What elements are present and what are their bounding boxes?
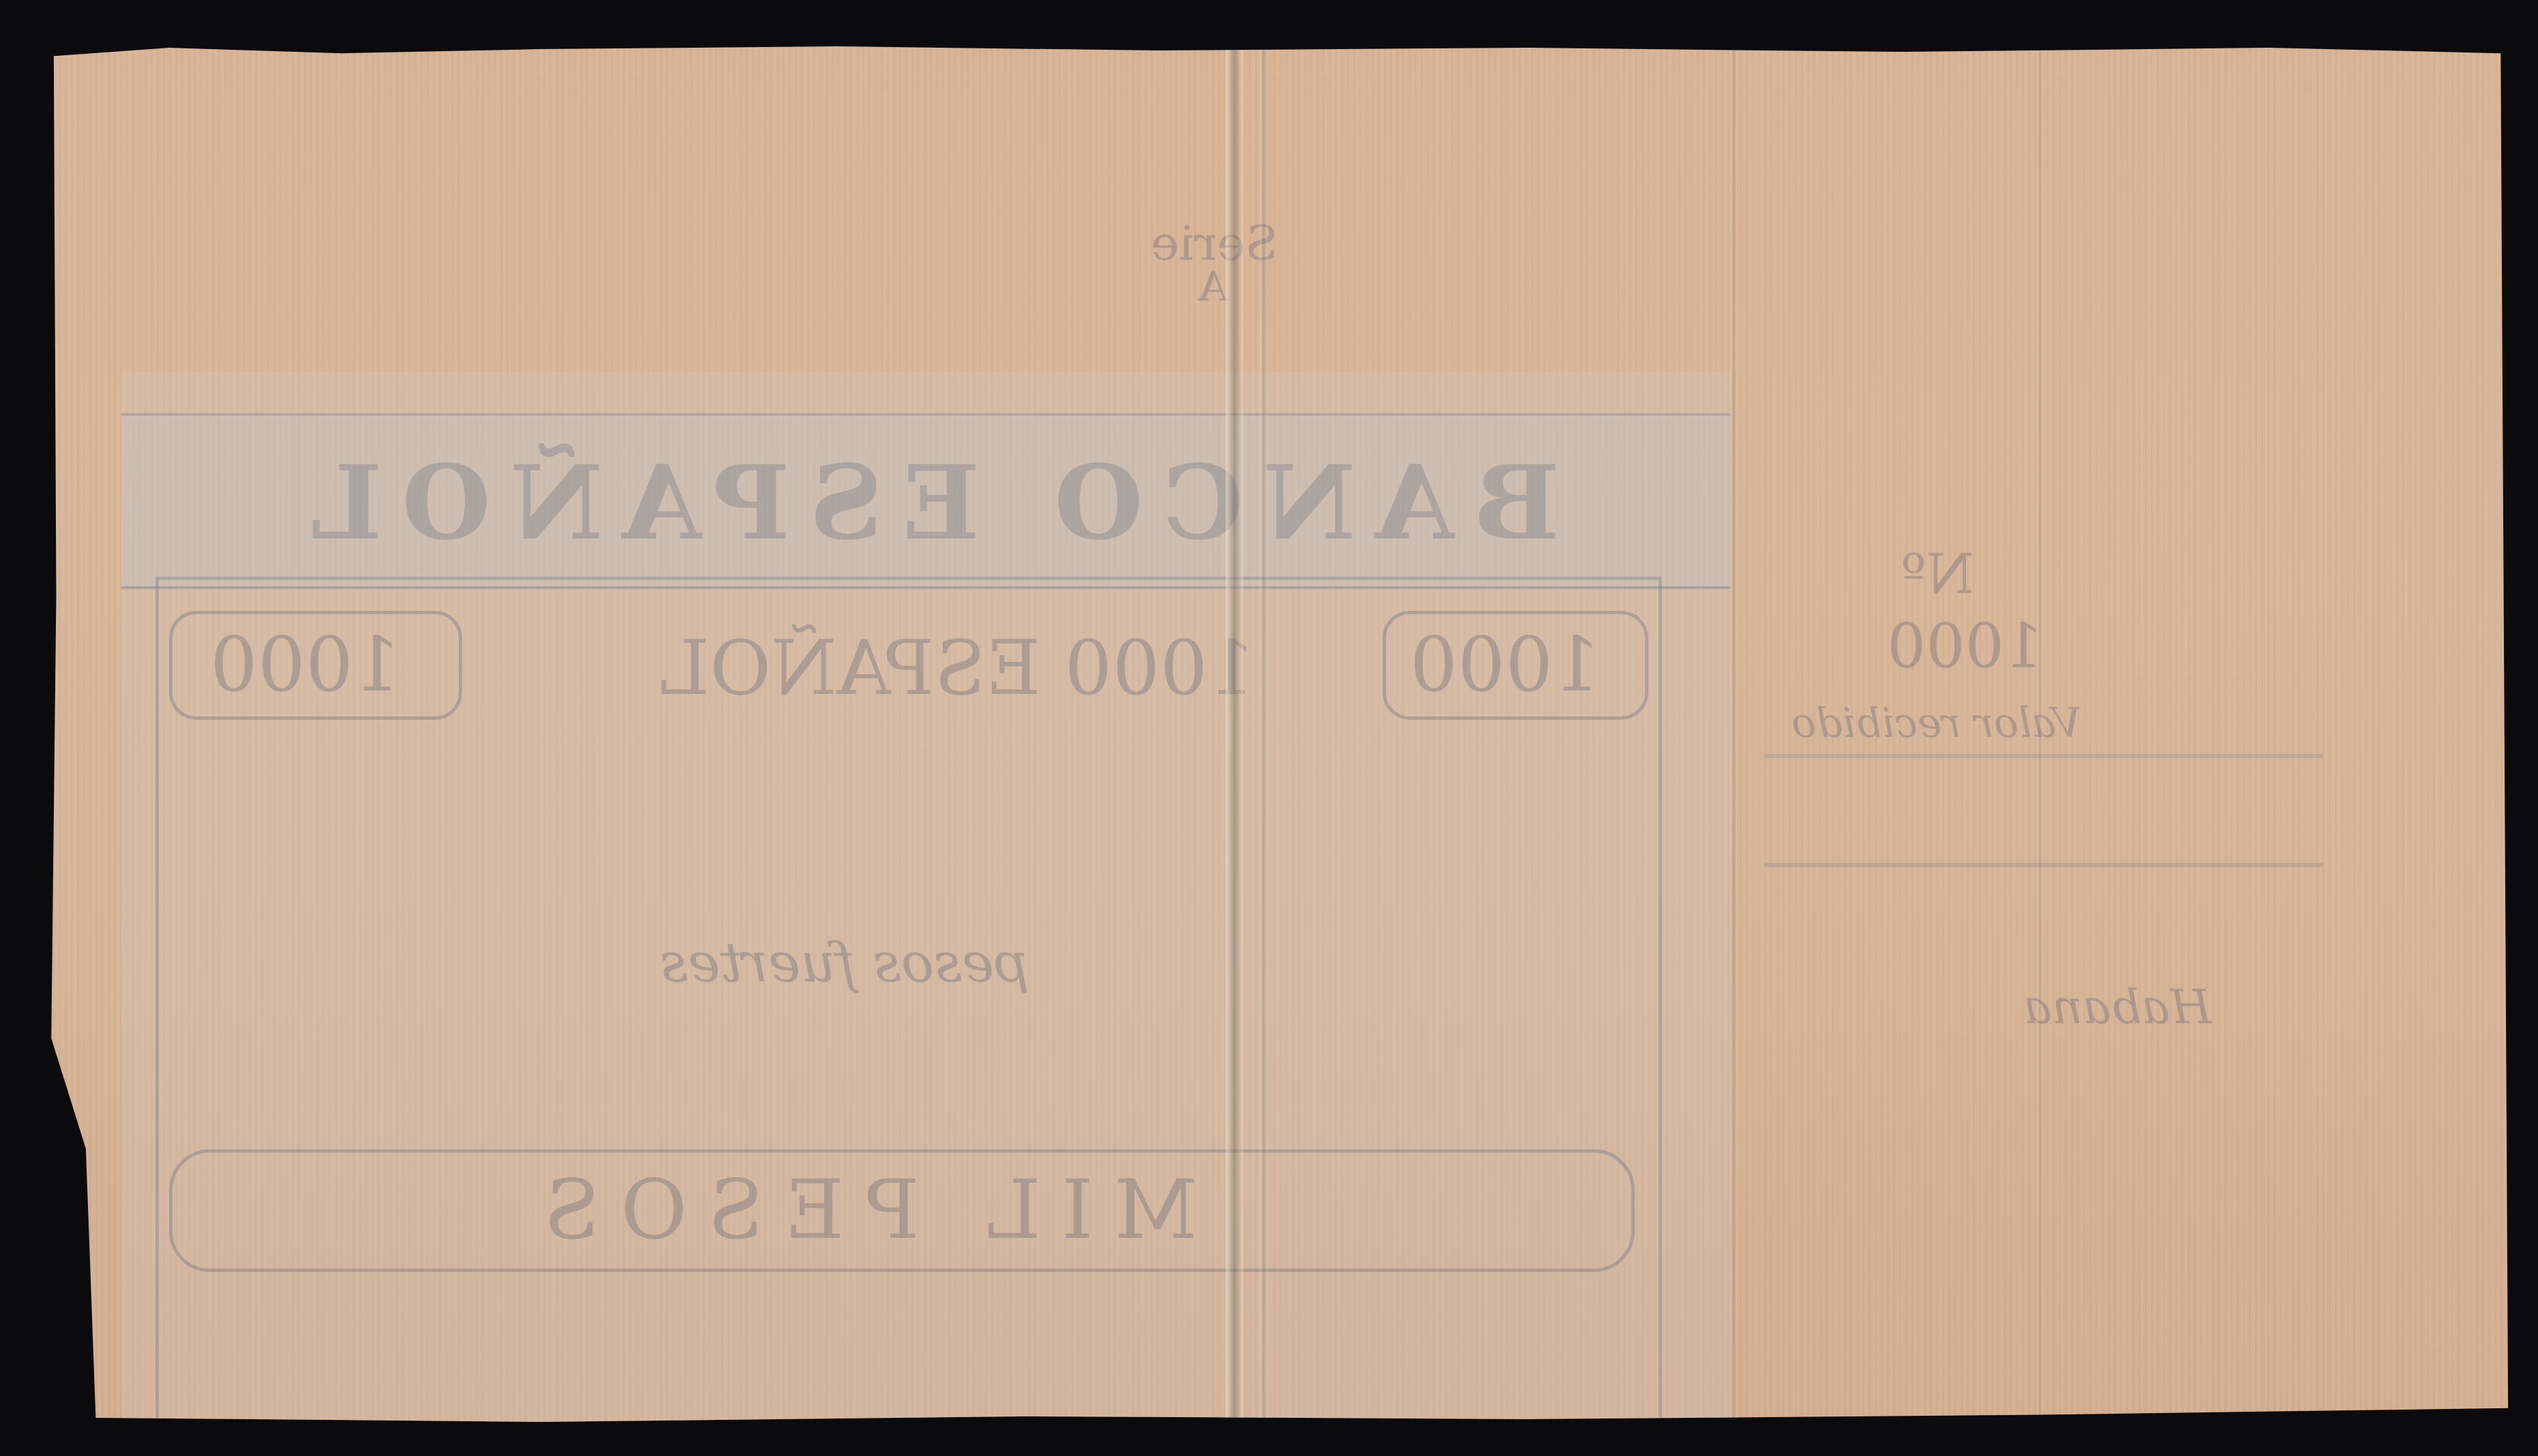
center-fold-2 bbox=[1260, 45, 1268, 1425]
stub-line1: Valor recibido bbox=[1792, 699, 2082, 747]
stub-fold bbox=[1730, 45, 1737, 1425]
stub-value: 1000 bbox=[1887, 611, 2043, 682]
stub-rule-1 bbox=[1764, 754, 2323, 758]
series-letter: A bbox=[1198, 263, 1228, 311]
value-right: 1000 bbox=[1410, 621, 1601, 708]
banknote-paper: Serie A BANCO ESPAÑOL 1000 1000 ESPAÑOL … bbox=[46, 45, 2516, 1425]
value-left: 1000 bbox=[210, 621, 401, 708]
bank-name-mirrored: BANCO ESPAÑOL bbox=[121, 443, 1730, 563]
value-center: 1000 ESPAÑOL bbox=[660, 624, 1255, 712]
stub-rule-2 bbox=[1764, 863, 2323, 867]
bottom-band-text: MIL PESOS bbox=[524, 1163, 1198, 1258]
header-band: BANCO ESPAÑOL bbox=[121, 413, 1730, 589]
center-fold bbox=[1226, 45, 1243, 1425]
middle-script: pesos fuertes bbox=[660, 931, 1029, 995]
stub-line2: Habana bbox=[2023, 979, 2211, 1035]
stub-label: Nº bbox=[1901, 543, 1974, 606]
